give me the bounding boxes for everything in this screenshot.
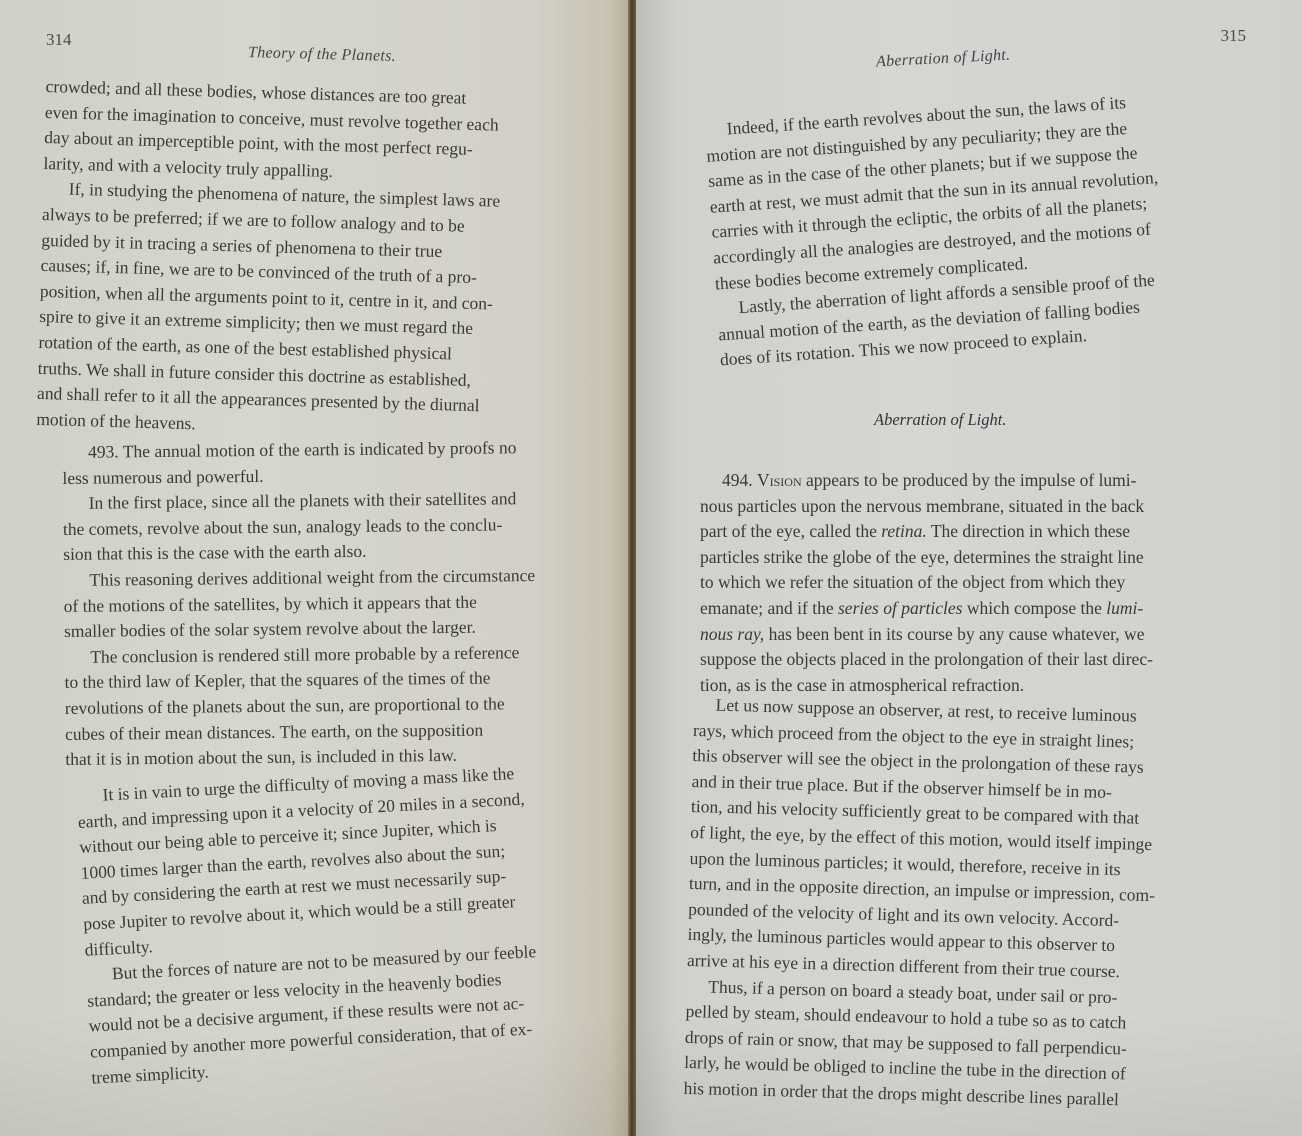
page-number-left: 314 — [46, 30, 72, 50]
text-fragment: part of the eye, called the — [700, 521, 881, 541]
running-head-left: Theory of the Planets. — [248, 44, 396, 66]
italic-term: lumi- — [1106, 598, 1143, 618]
page-number-right: 315 — [1221, 26, 1247, 46]
text-line: particles strike the globe of the eye, d… — [700, 545, 1248, 571]
text-fragment: has been bent in its course by any cause… — [764, 624, 1144, 644]
running-head-right: Aberration of Light. — [876, 46, 1011, 71]
text-line: suppose the objects placed in the prolon… — [700, 647, 1248, 673]
text-line: emanate; and if the series of particles … — [700, 596, 1248, 622]
section-494-line: 494. Vision appears to be produced by th… — [700, 468, 1248, 494]
book-gutter — [628, 0, 636, 1136]
italic-term: nous ray, — [700, 624, 764, 644]
right-text-top: Indeed, if the earth revolves about the … — [704, 82, 1264, 373]
left-text-middle: 493. The annual motion of the earth is i… — [62, 434, 613, 772]
right-page: 315 Aberration of Light. Indeed, if the … — [636, 0, 1302, 1136]
italic-term: retina. — [881, 521, 927, 541]
text-line: to which we refer the situation of the o… — [700, 570, 1248, 596]
left-text-bottom: It is in vain to urge the difficulty of … — [76, 756, 628, 1091]
right-text-bottom: Let us now suppose an observer, at rest,… — [683, 692, 1246, 1116]
text-fragment: emanate; and if the — [700, 598, 838, 618]
text-line: nous ray, has been bent in its course by… — [700, 622, 1248, 648]
left-page: 314 Theory of the Planets. crowded; and … — [0, 0, 628, 1136]
text-line: part of the eye, called the retina. The … — [700, 519, 1248, 545]
italic-term: series of particles — [838, 598, 962, 618]
book-spread: 314 Theory of the Planets. crowded; and … — [0, 0, 1302, 1136]
text-fragment: which compose the — [962, 598, 1106, 618]
section-number: 494. — [722, 470, 753, 490]
text-fragment: The direction in which these — [927, 521, 1130, 541]
text-fragment: appears to be produced by the impulse of… — [806, 470, 1136, 490]
lead-word: Vision — [757, 470, 802, 490]
left-text-top: crowded; and all these bodies, whose dis… — [36, 74, 606, 448]
right-text-494: 494. Vision appears to be produced by th… — [700, 468, 1248, 698]
text-line: nous particles upon the nervous membrane… — [700, 494, 1248, 520]
section-heading: Aberration of Light. — [874, 410, 1006, 430]
